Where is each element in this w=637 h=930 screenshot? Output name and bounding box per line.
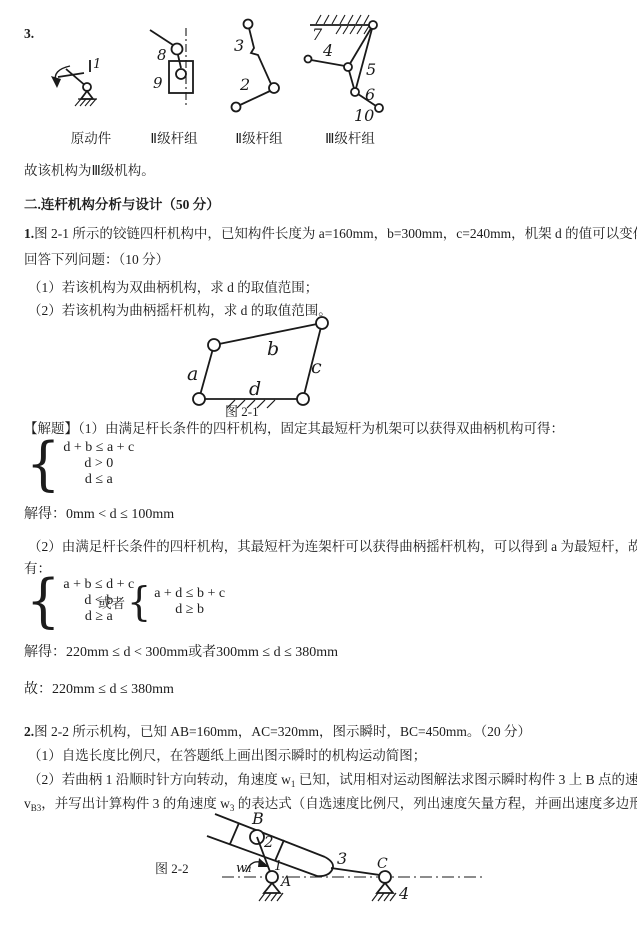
item3-number: 3. [24,26,34,41]
group2b-diagram: 3 2 [232,20,280,112]
figure-2-1: a b c d [165,314,355,414]
group2b-part3-label: 3 [234,36,244,55]
sol1-result1: 解得：0mm < d ≤ 100mm [24,507,174,522]
sol1-part2-line1: （2）由满足杆长条件的四杆机构，其最短杆为连架杆可以获得曲柄摇杆机构，可以得到 … [28,539,637,554]
q2-l2b-seg1: v [24,796,31,811]
sys1-line2: d > 0 [63,456,134,472]
linkage-group-diagrams: 1 8 9 3 2 [40,8,460,134]
sys1-line3: d ≤ a [63,472,134,488]
q2-l2a-seg1: （2）若曲柄 1 沿顺时针方向转动，角速度 w [28,772,291,787]
document-page: 3. 1 8 [0,0,637,930]
q2-intro-text: 图 2-2 所示机构，已知 AB=160mm，AC=320mm，图示瞬时，BC=… [34,724,531,739]
q2-number: 2. [24,724,34,739]
fig22-label-2: 2 [263,833,274,851]
group3-part6-label: 6 [365,85,375,104]
q2-item1: （1）自选长度比例尺，在答题纸上画出图示瞬时的机构运动简图； [28,748,426,763]
diagram-label-driver: 原动件 [71,127,112,147]
equation-system-2b: { a + d ≤ b + c d ≥ b [127,585,225,619]
q1-item1: （1）若该机构为双曲柄机构，求 d 的取值范围； [28,280,318,295]
group3-part7-label: 7 [312,25,323,44]
equation-system-1: { d + b ≤ a + c d > 0 d ≤ a [26,440,134,488]
diagram-label-group3: Ⅲ级杆组 [325,127,375,147]
q1-intro-line1: 1.图 2-1 所示的铰链四杆机构中，已知构件长度为 a=160mm，b=300… [24,226,637,241]
sys1-line1: d + b ≤ a + c [63,440,134,456]
fig21-label-b: b [267,338,279,360]
section-heading: 二.连杆机构分析与设计（50 分） [24,197,220,212]
q2-l2b-sub1: B3 [31,803,42,813]
q2-intro: 2.图 2-2 所示机构，已知 AB=160mm，AC=320mm，图示瞬时，B… [24,724,531,739]
fig22-label-B: B [251,809,264,828]
sys2a-line1: a + b ≤ d + c [63,577,134,593]
item3-conclusion: 故该机构为Ⅲ级机构。 [24,163,155,178]
group3-part5-label: 5 [366,60,376,79]
group3-part10-label: 10 [354,106,374,125]
figure-2-2: B 2 w₁ 1 A 3 C 4 [140,806,490,930]
group2a-diagram: 8 9 [150,28,193,105]
group2b-part2-label: 2 [239,75,250,94]
fig21-label-a: a [187,363,198,385]
brace-left: { [26,575,60,627]
sol1-intro: 【解题】（1）由满足杆长条件的四杆机构，固定其最短杆为机架可以获得双曲柄机构可得… [24,421,564,436]
brace-left: { [26,438,60,490]
group3-diagram: 7 4 5 6 10 [305,15,384,125]
or-label: 或者 [98,596,125,611]
fig22-label-w1: w₁ [236,861,252,876]
sys2b-line2: d ≥ b [154,602,225,618]
diagram-label-group2b: Ⅱ级杆组 [235,127,282,147]
fig21-caption: 图 2-1 [225,401,259,420]
fig22-caption: 图 2-2 [155,858,189,877]
fig22-label-A: A [279,874,291,890]
q2-l2a-seg2: 已知，试用相对运动图解法求图示瞬时构件 3 上 B 点的速度 [295,772,637,787]
fig22-label-1: 1 [274,859,282,874]
diagram-label-group2a: Ⅱ级杆组 [150,127,197,147]
sys2a-line3: d ≥ a [63,609,134,625]
driver-diagram: 1 [51,57,101,106]
q1-intro-line2: 回答下列问题：（10 分） [24,252,169,267]
group3-part4-label: 4 [322,41,333,60]
fig22-label-4: 4 [398,884,409,903]
q1-intro-text: 图 2-1 所示的铰链四杆机构中，已知构件长度为 a=160mm，b=300mm… [34,226,637,241]
group2a-part8-label: 8 [157,46,167,64]
sys2b-line1: a + d ≤ b + c [154,586,225,602]
fig21-label-c: c [311,356,322,378]
fig22-label-C: C [377,856,388,872]
driver-part-label: 1 [93,57,101,72]
fig22-label-3: 3 [337,849,347,868]
sol1-result2: 解得：220mm ≤ d < 300mm或者300mm ≤ d ≤ 380mm [24,645,338,660]
sol1-final: 故：220mm ≤ d ≤ 380mm [24,682,174,697]
fig21-label-d: d [249,378,261,400]
brace-left: { [127,584,151,620]
group2a-part9-label: 9 [153,74,163,92]
q1-number: 1. [24,226,34,241]
q2-item2-line1: （2）若曲柄 1 沿顺时针方向转动，角速度 w1 已知，试用相对运动图解法求图示… [28,772,637,792]
